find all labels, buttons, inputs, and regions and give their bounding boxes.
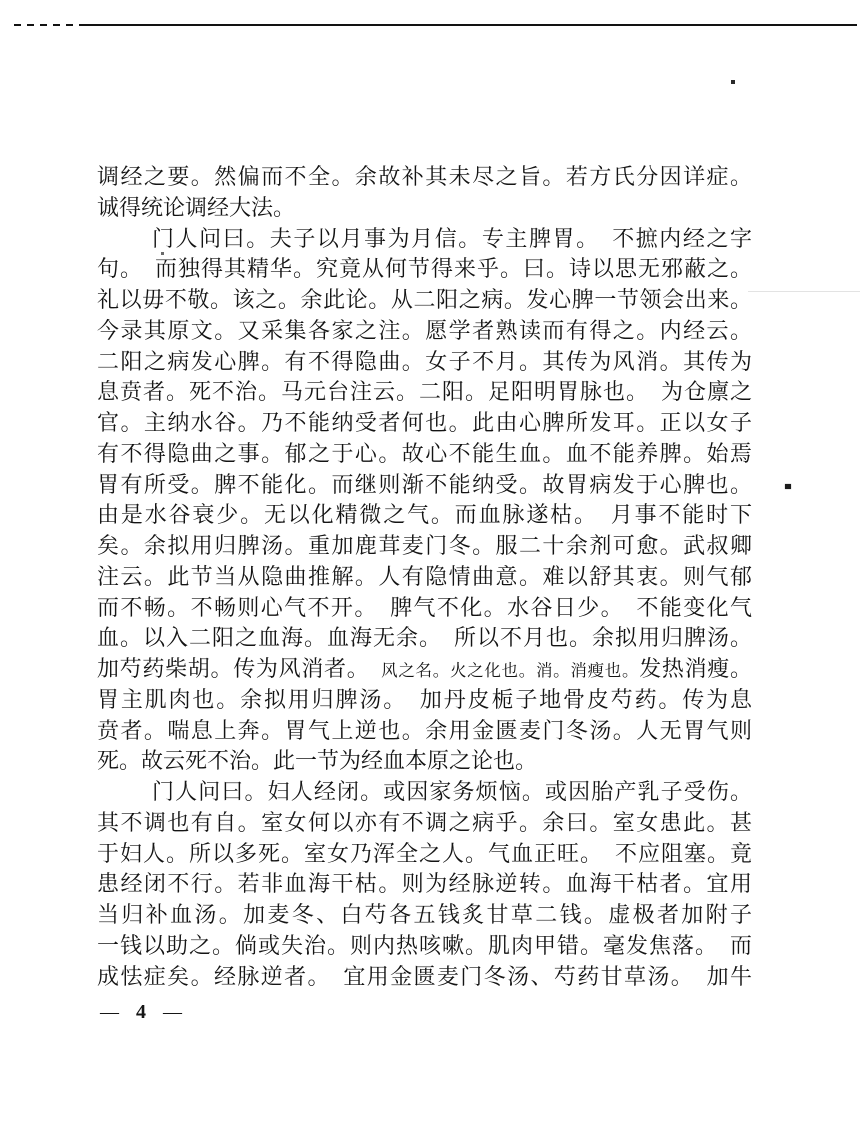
text-line: 礼以毋不敬。该之。余此论。从二阳之病。发心脾一节领会出来。 (97, 285, 752, 316)
text-segment: 患经闭不行。若非血海干枯。则为经脉逆转。血海干枯者。宜用 (97, 871, 752, 896)
text-segment: 当归补血汤。加麦冬、白芍各五钱炙甘草二钱。虚极者加附子 (97, 902, 752, 927)
text-segment: 官。主纳水谷。乃不能纳受者何也。此由心脾所发耳。正以女子 (97, 410, 752, 435)
text-line: 二阳之病发心脾。有不得隐曲。女子不月。其传为风消。其传为 (97, 347, 752, 378)
text-line: 息贲者。死不治。马元台注云。二阳。足阳明胃脉也。 为仓廪之 (97, 377, 752, 408)
text-line: 门人问曰。妇人经闭。或因家务烦恼。或因胎产乳子受伤。 (97, 777, 752, 808)
text-line: 贲者。喘息上奔。胃气上逆也。余用金匮麦门冬汤。人无胃气则 (97, 716, 752, 747)
text-line: 有不得隐曲之事。郁之于心。故心不能生血。血不能养脾。始焉 (97, 439, 752, 470)
footer-dash-right: — (163, 1002, 182, 1024)
text-line: 当归补血汤。加麦冬、白芍各五钱炙甘草二钱。虚极者加附子 (97, 900, 752, 931)
text-line: 门人问曰。夫子以月事为月信。专主脾胃。 不摭内经之字 (97, 224, 752, 255)
text-line: 于妇人。所以多死。室女乃浑全之人。气血正旺。 不应阻塞。竟 (97, 839, 752, 870)
text-segment: 诚得统论调经大法。 (97, 195, 295, 220)
text-line: 胃主肌肉也。余拟用归脾汤。 加丹皮栀子地骨皮芍药。传为息 (97, 685, 752, 716)
text-segment: 胃主肌肉也。余拟用归脾汤。 加丹皮栀子地骨皮芍药。传为息 (97, 687, 752, 712)
text-segment: 息贲者。死不治。马元台注云。二阳。足阳明胃脉也。 为仓廪之 (97, 379, 752, 404)
text-line: 其不调也有自。室女何以亦有不调之病乎。余曰。室女患此。甚 (97, 808, 752, 839)
text-segment: 句。 而独得其精华。究竟从何节得来乎。曰。诗以思无邪蔽之。 (97, 256, 752, 281)
text-segment: 胃有所受。脾不能化。而继则渐不能纳受。故胃病发于心脾也。 (97, 472, 752, 497)
text-segment: 今录其原文。又采集各家之注。愿学者熟读而有得之。内经云。 (97, 318, 752, 343)
text-segment: 门人问曰。夫子以月事为月信。专主脾胃。 不摭内经之字 (152, 226, 752, 251)
text-line: 调经之要。然偏而不全。余故补其未尽之旨。若方氏分因详症。 (97, 162, 752, 193)
scan-streak (748, 291, 860, 292)
text-segment: 一钱以助之。倘或失治。则内热咳嗽。肌肉甲错。毫发焦落。 而 (97, 933, 752, 958)
text-segment: 其不调也有自。室女何以亦有不调之病乎。余曰。室女患此。甚 (97, 810, 752, 835)
text-segment: 发热消瘦。 (639, 656, 752, 681)
text-segment: 贲者。喘息上奔。胃气上逆也。余用金匮麦门冬汤。人无胃气则 (97, 718, 752, 743)
text-segment: 门人问曰。妇人经闭。或因家务烦恼。或因胎产乳子受伤。 (152, 779, 752, 804)
footer-dash-left: — (100, 1002, 119, 1024)
text-segment: 成怯症矣。经脉逆者。 宜用金匮麦门冬汤、芍药甘草汤。 加牛 (97, 964, 752, 989)
body-text-block: 调经之要。然偏而不全。余故补其未尽之旨。若方氏分因详症。诚得统论调经大法。门人问… (97, 162, 752, 992)
scan-speck (731, 80, 735, 84)
text-line: 句。 而独得其精华。究竟从何节得来乎。曰。诗以思无邪蔽之。 (97, 254, 752, 285)
text-segment: 调经之要。然偏而不全。余故补其未尽之旨。若方氏分因详症。 (97, 164, 752, 189)
text-segment: 于妇人。所以多死。室女乃浑全之人。气血正旺。 不应阻塞。竟 (97, 841, 752, 866)
text-segment: 血。以入二阳之血海。血海无余。 所以不月也。余拟用归脾汤。 (97, 625, 752, 650)
text-segment: 有不得隐曲之事。郁之于心。故心不能生血。血不能养脾。始焉 (97, 441, 752, 466)
text-segment: 由是水谷衰少。无以化精微之气。而血脉遂枯。 月事不能时下 (97, 502, 752, 527)
text-line: 诚得统论调经大法。 (97, 193, 752, 224)
page-footer: — 4 — (100, 1001, 182, 1024)
text-segment: 矣。余拟用归脾汤。重加鹿茸麦门冬。服二十余剂可愈。武叔卿 (97, 533, 752, 558)
text-segment: 加芍药柴胡。传为风消者。 (97, 656, 381, 681)
book-page: 调经之要。然偏而不全。余故补其未尽之旨。若方氏分因详症。诚得统论调经大法。门人问… (0, 0, 866, 1122)
text-line: 官。主纳水谷。乃不能纳受者何也。此由心脾所发耳。正以女子 (97, 408, 752, 439)
text-line: 由是水谷衰少。无以化精微之气。而血脉遂枯。 月事不能时下 (97, 500, 752, 531)
text-line: 患经闭不行。若非血海干枯。则为经脉逆转。血海干枯者。宜用 (97, 869, 752, 900)
text-line: 而不畅。不畅则心气不开。 脾气不化。水谷日少。 不能变化气 (97, 593, 752, 624)
text-line: 胃有所受。脾不能化。而继则渐不能纳受。故胃病发于心脾也。 (97, 470, 752, 501)
inline-annotation-small-text: 风之名。火之化也。消。消瘦也。 (381, 661, 639, 680)
text-line: 一钱以助之。倘或失治。则内热咳嗽。肌肉甲错。毫发焦落。 而 (97, 931, 752, 962)
text-segment: 注云。此节当从隐曲推解。人有隐情曲意。难以舒其衷。则气郁 (97, 564, 752, 589)
text-line: 成怯症矣。经脉逆者。 宜用金匮麦门冬汤、芍药甘草汤。 加牛 (97, 962, 752, 993)
text-line: 注云。此节当从隐曲推解。人有隐情曲意。难以舒其衷。则气郁 (97, 562, 752, 593)
text-line: 血。以入二阳之血海。血海无余。 所以不月也。余拟用归脾汤。 (97, 623, 752, 654)
page-top-edge-line (84, 24, 857, 26)
text-segment: 二阳之病发心脾。有不得隐曲。女子不月。其传为风消。其传为 (97, 349, 752, 374)
text-line: 死。故云死不治。此一节为经血本原之论也。 (97, 746, 752, 777)
text-line: 矣。余拟用归脾汤。重加鹿茸麦门冬。服二十余剂可愈。武叔卿 (97, 531, 752, 562)
page-top-edge-dashed-line (14, 24, 84, 26)
scan-speck (785, 484, 791, 489)
text-segment: 而不畅。不畅则心气不开。 脾气不化。水谷日少。 不能变化气 (97, 595, 752, 620)
text-line: 加芍药柴胡。传为风消者。 风之名。火之化也。消。消瘦也。发热消瘦。 (97, 654, 752, 685)
text-segment: 礼以毋不敬。该之。余此论。从二阳之病。发心脾一节领会出来。 (97, 287, 752, 312)
text-line: 今录其原文。又采集各家之注。愿学者熟读而有得之。内经云。 (97, 316, 752, 347)
text-segment: 死。故云死不治。此一节为经血本原之论也。 (97, 748, 537, 773)
page-number: 4 (136, 1001, 146, 1024)
